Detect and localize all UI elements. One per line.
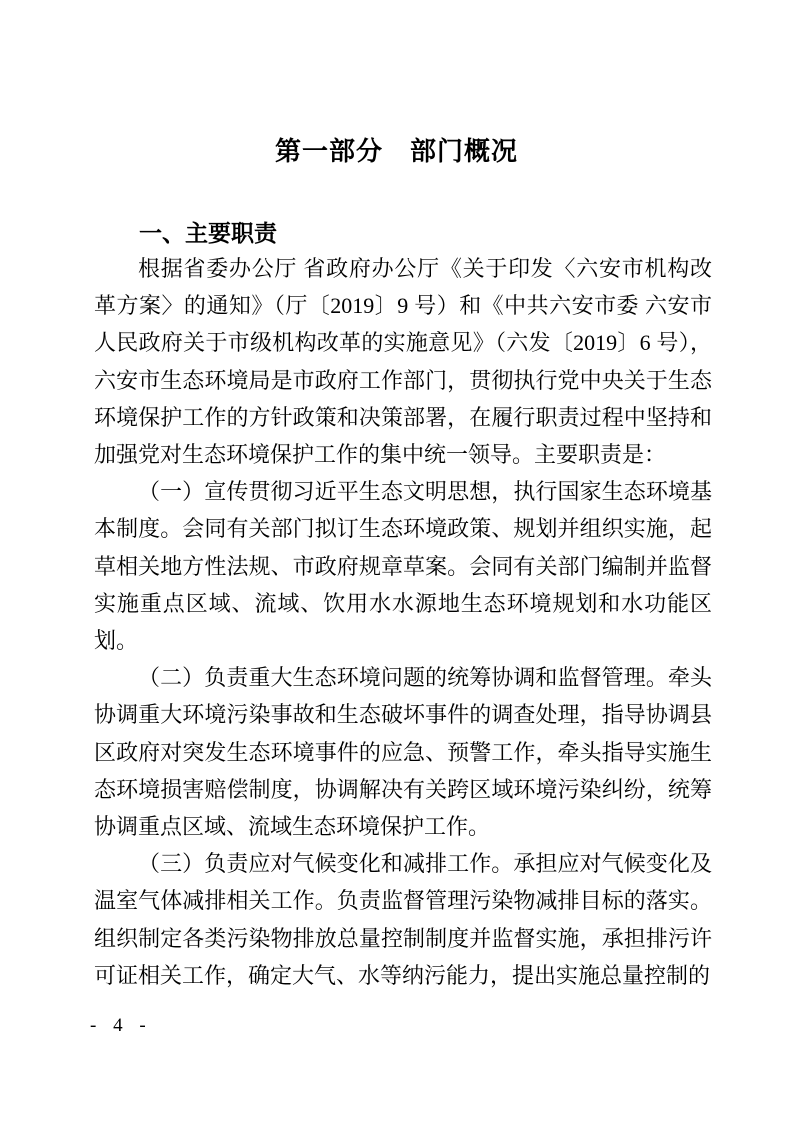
paragraph-duty-2: （二）负责重大生态环境问题的统筹协调和监督管理。牵头协调重大环境污染事故和生态破…: [94, 659, 712, 845]
paragraph-duty-1: （一）宣传贯彻习近平生态文明思想，执行国家生态环境基本制度。会同有关部门拟订生态…: [94, 473, 712, 659]
paragraph-duty-3: （三）负责应对气候变化和减排工作。承担应对气候变化及温室气体减排相关工作。负责监…: [94, 845, 712, 994]
section-heading: 一、主要职责: [139, 218, 277, 248]
paragraph-intro: 根据省委办公厅 省政府办公厅《关于印发〈六安市机构改革方案〉的通知》（厅〔201…: [94, 250, 712, 473]
document-page: 第一部分 部门概况 一、主要职责 根据省委办公厅 省政府办公厅《关于印发〈六安市…: [0, 0, 793, 1122]
document-body: 根据省委办公厅 省政府办公厅《关于印发〈六安市机构改革方案〉的通知》（厅〔201…: [94, 250, 712, 994]
page-number: - 4 -: [90, 1015, 152, 1037]
document-title: 第一部分 部门概况: [0, 134, 793, 168]
